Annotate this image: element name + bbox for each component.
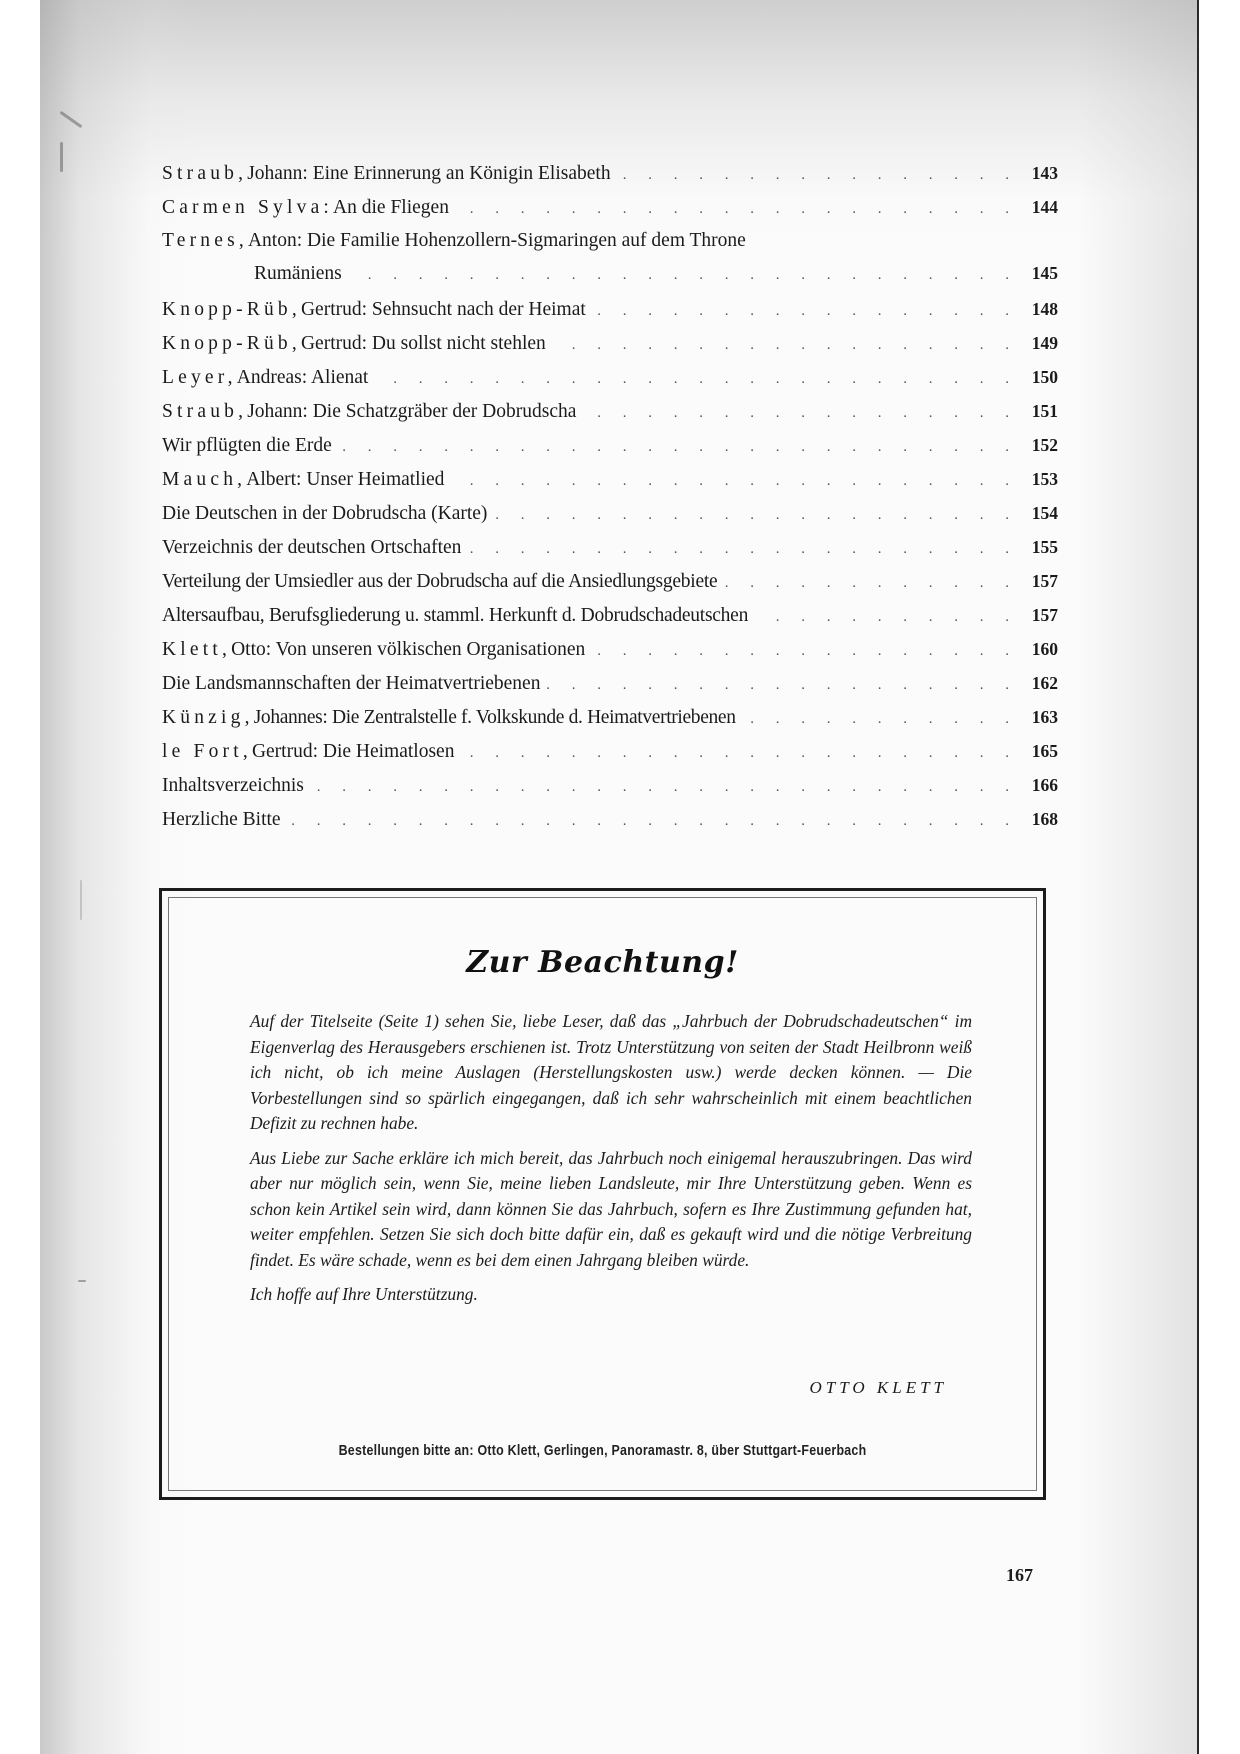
toc-author: Ternes,: [162, 224, 248, 258]
toc-page-number: 148: [1024, 292, 1058, 326]
dot-leader: . . . . . . . . . . . . . . . . . . . . …: [754, 600, 1018, 634]
dot-leader: . . . . . . . . . . . . . . . . . . . . …: [450, 464, 1018, 498]
order-info: Bestellungen bitte an: Otto Klett, Gerli…: [228, 1443, 977, 1459]
notice-paragraph: Aus Liebe zur Sache erkläre ich mich ber…: [238, 1146, 972, 1274]
toc-title: Johann: Eine Erinnerung an Königin Elisa…: [247, 157, 610, 191]
toc-entry: Mauch, Albert: Unser Heimatlied. . . . .…: [162, 462, 1058, 496]
dot-leader: . . . . . . . . . . . . . . . . . . . . …: [310, 770, 1018, 804]
toc-page-number: 152: [1024, 428, 1058, 462]
toc-page-number: 168: [1024, 802, 1058, 836]
toc-page-number: 149: [1024, 326, 1058, 360]
toc-title: Andreas: Alienat: [237, 361, 369, 395]
toc-page-number: 163: [1024, 700, 1058, 734]
page-edge-mark: [78, 1280, 86, 1282]
dot-leader: . . . . . . . . . . . . . . . . . . . . …: [338, 430, 1018, 464]
dot-leader: . . . . . . . . . . . . . . . . . . . . …: [348, 258, 1018, 292]
toc-author: Klett,: [162, 633, 231, 667]
dot-leader: . . . . . . . . . . . . . . . . . . . . …: [287, 804, 1018, 838]
dot-leader: . . . . . . . . . . . . . . . . . . . . …: [592, 294, 1018, 328]
toc-page-number: 153: [1024, 462, 1058, 496]
toc-author: Knopp-Rüb,: [162, 327, 301, 361]
toc-title: Inhaltsverzeichnis: [162, 769, 304, 803]
toc-page-number: 151: [1024, 394, 1058, 428]
toc-title: Die Deutschen in der Dobrudscha (Karte): [162, 497, 487, 531]
toc-page-number: 157: [1024, 564, 1058, 598]
toc-entry: Klett, Otto: Von unseren völkischen Orga…: [162, 632, 1058, 666]
toc-entry: Knopp-Rüb, Gertrud: Du sollst nicht steh…: [162, 326, 1058, 360]
toc-title: Verzeichnis der deutschen Ortschaften: [162, 531, 461, 565]
toc-entry: Wir pflügten die Erde. . . . . . . . . .…: [162, 428, 1058, 462]
dot-leader: . . . . . . . . . . . . . . . . . . . . …: [552, 328, 1018, 362]
dot-leader: . . . . . . . . . . . . . . . . . . . . …: [591, 634, 1018, 668]
toc-entry: Knopp-Rüb, Gertrud: Sehnsucht nach der H…: [162, 292, 1058, 326]
dot-leader: . . . . . . . . . . . . . . . . . . . . …: [467, 532, 1018, 566]
toc-title: Otto: Von unseren völkischen Organisatio…: [231, 633, 585, 667]
toc-author: Mauch,: [162, 463, 246, 497]
toc-title: Johannes: Die Zentralstelle f. Volkskund…: [254, 701, 736, 735]
notice-paragraph: Auf der Titelseite (Seite 1) sehen Sie, …: [238, 1009, 972, 1137]
notice-paragraph: Ich hoffe auf Ihre Unterstützung.: [238, 1282, 972, 1308]
toc-author: Straub,: [162, 157, 247, 191]
signature: OTTO KLETT: [810, 1378, 948, 1398]
dot-leader: . . . . . . . . . . . . . . . . . . . . …: [493, 498, 1018, 532]
toc-entry: Inhaltsverzeichnis. . . . . . . . . . . …: [162, 768, 1058, 802]
dot-leader: . . . . . . . . . . . . . . . . . . . . …: [742, 702, 1018, 736]
toc-author: Straub,: [162, 395, 247, 429]
notice-title: Zur Beachtung!: [162, 945, 1043, 980]
toc-page-number: 155: [1024, 530, 1058, 564]
toc-page-number: 143: [1024, 156, 1058, 190]
toc-title: Albert: Unser Heimatlied: [246, 463, 444, 497]
toc-page-number: 162: [1024, 666, 1058, 700]
page-edge-mark: [80, 880, 82, 920]
dot-leader: . . . . . . . . . . . . . . . . . . . . …: [582, 396, 1018, 430]
toc-entry: Verzeichnis der deutschen Ortschaften. .…: [162, 530, 1058, 564]
toc-title: An die Fliegen: [333, 191, 449, 225]
toc-entry: Künzig, Johannes: Die Zentralstelle f. V…: [162, 700, 1058, 734]
toc-title: Verteilung der Umsiedler aus der Dobruds…: [162, 565, 717, 599]
toc-entry: Die Landsmannschaften der Heimatvertrieb…: [162, 666, 1058, 700]
dot-leader: . . . . . . . . . . . . . . . . . . . . …: [723, 566, 1018, 600]
toc-page-number: 157: [1024, 598, 1058, 632]
dot-leader: . . . . . . . . . . . . . . . . . . . . …: [617, 158, 1018, 192]
toc-entry: Die Deutschen in der Dobrudscha (Karte).…: [162, 496, 1058, 530]
dot-leader: . . . . . . . . . . . . . . . . . . . . …: [460, 736, 1018, 770]
dot-leader: . . . . . . . . . . . . . . . . . . . . …: [374, 362, 1018, 396]
toc-title: Die Landsmannschaften der Heimatvertrieb…: [162, 667, 540, 701]
toc-entry: Straub, Johann: Die Schatzgräber der Dob…: [162, 394, 1058, 428]
toc-page-number: 165: [1024, 734, 1058, 768]
toc-page-number: 160: [1024, 632, 1058, 666]
toc-entry: Ternes, Anton: Die Familie Hohenzollern-…: [162, 224, 1058, 256]
page-number: 167: [1006, 1565, 1033, 1586]
toc-title: Wir pflügten die Erde: [162, 429, 332, 463]
toc-entry: Herzliche Bitte. . . . . . . . . . . . .…: [162, 802, 1058, 836]
toc-title: Gertrud: Sehnsucht nach der Heimat: [301, 293, 586, 327]
toc-title: Gertrud: Die Heimatlosen: [252, 735, 455, 769]
table-of-contents: Straub, Johann: Eine Erinnerung an König…: [162, 156, 1058, 836]
toc-entry: Carmen Sylva: An die Fliegen. . . . . . …: [162, 190, 1058, 224]
toc-author: Carmen Sylva:: [162, 191, 333, 225]
toc-page-number: 154: [1024, 496, 1058, 530]
toc-title: Gertrud: Du sollst nicht stehlen: [301, 327, 546, 361]
toc-entry: Rumäniens. . . . . . . . . . . . . . . .…: [162, 256, 1058, 292]
page-tear-mark: [60, 142, 63, 172]
toc-author: le Fort,: [162, 735, 252, 769]
toc-title-continuation: Rumäniens: [254, 257, 342, 291]
dot-leader: . . . . . . . . . . . . . . . . . . . . …: [546, 668, 1018, 702]
toc-author: Leyer,: [162, 361, 237, 395]
toc-title: Johann: Die Schatzgräber der Dobrudscha: [247, 395, 576, 429]
toc-page-number: 166: [1024, 768, 1058, 802]
toc-entry: Verteilung der Umsiedler aus der Dobruds…: [162, 564, 1058, 598]
toc-entry: Leyer, Andreas: Alienat. . . . . . . . .…: [162, 360, 1058, 394]
toc-author: Künzig,: [162, 701, 254, 735]
toc-title: Herzliche Bitte: [162, 803, 281, 837]
toc-author: Knopp-Rüb,: [162, 293, 301, 327]
notice-box: Zur Beachtung! Auf der Titelseite (Seite…: [159, 888, 1046, 1500]
notice-body: Auf der Titelseite (Seite 1) sehen Sie, …: [238, 1009, 972, 1317]
dot-leader: . . . . . . . . . . . . . . . . . . . . …: [455, 192, 1018, 226]
page-tear-mark: [59, 111, 82, 128]
toc-title: Altersaufbau, Berufsgliederung u. stamml…: [162, 599, 748, 633]
toc-entry: le Fort, Gertrud: Die Heimatlosen. . . .…: [162, 734, 1058, 768]
toc-page-number: 150: [1024, 360, 1058, 394]
toc-entry: Altersaufbau, Berufsgliederung u. stamml…: [162, 598, 1058, 632]
toc-entry: Straub, Johann: Eine Erinnerung an König…: [162, 156, 1058, 190]
toc-page-number: 145: [1024, 256, 1058, 290]
toc-title: Anton: Die Familie Hohenzollern-Sigmarin…: [248, 224, 746, 258]
toc-page-number: 144: [1024, 190, 1058, 224]
